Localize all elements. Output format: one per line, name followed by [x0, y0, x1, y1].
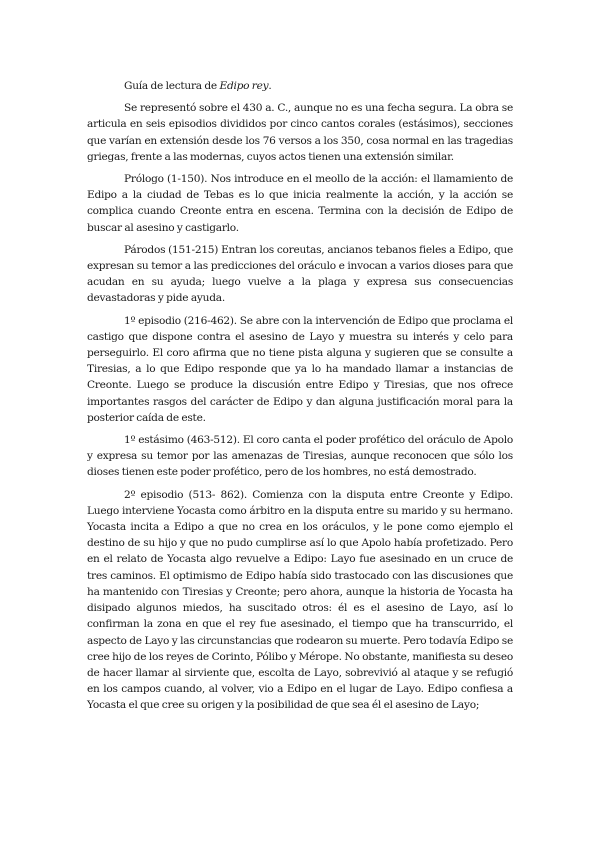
- document-title: Guía de lectura de Edipo rey.: [87, 78, 513, 94]
- document-body: Guía de lectura de Edipo rey. Se represe…: [87, 78, 513, 720]
- title-suffix: .: [268, 80, 271, 92]
- paragraph-prologo: Prólogo (1-150). Nos introduce en el meo…: [87, 171, 513, 236]
- paragraph-episodio-1: 1º episodio (216-462). Se abre con la in…: [87, 313, 513, 426]
- paragraph-estasimo-1: 1º estásimo (463-512). El coro canta el …: [87, 432, 513, 481]
- document-page: Guía de lectura de Edipo rey. Se represe…: [0, 0, 599, 848]
- title-prefix: Guía de lectura de: [124, 80, 219, 92]
- paragraph-parodos: Párodos (151-215) Entran los coreutas, a…: [87, 242, 513, 307]
- paragraph-episodio-2: 2º episodio (513- 862). Comienza con la …: [87, 487, 513, 714]
- paragraph-intro: Se representó sobre el 430 a. C., aunque…: [87, 100, 513, 165]
- title-work-name: Edipo rey: [219, 80, 268, 92]
